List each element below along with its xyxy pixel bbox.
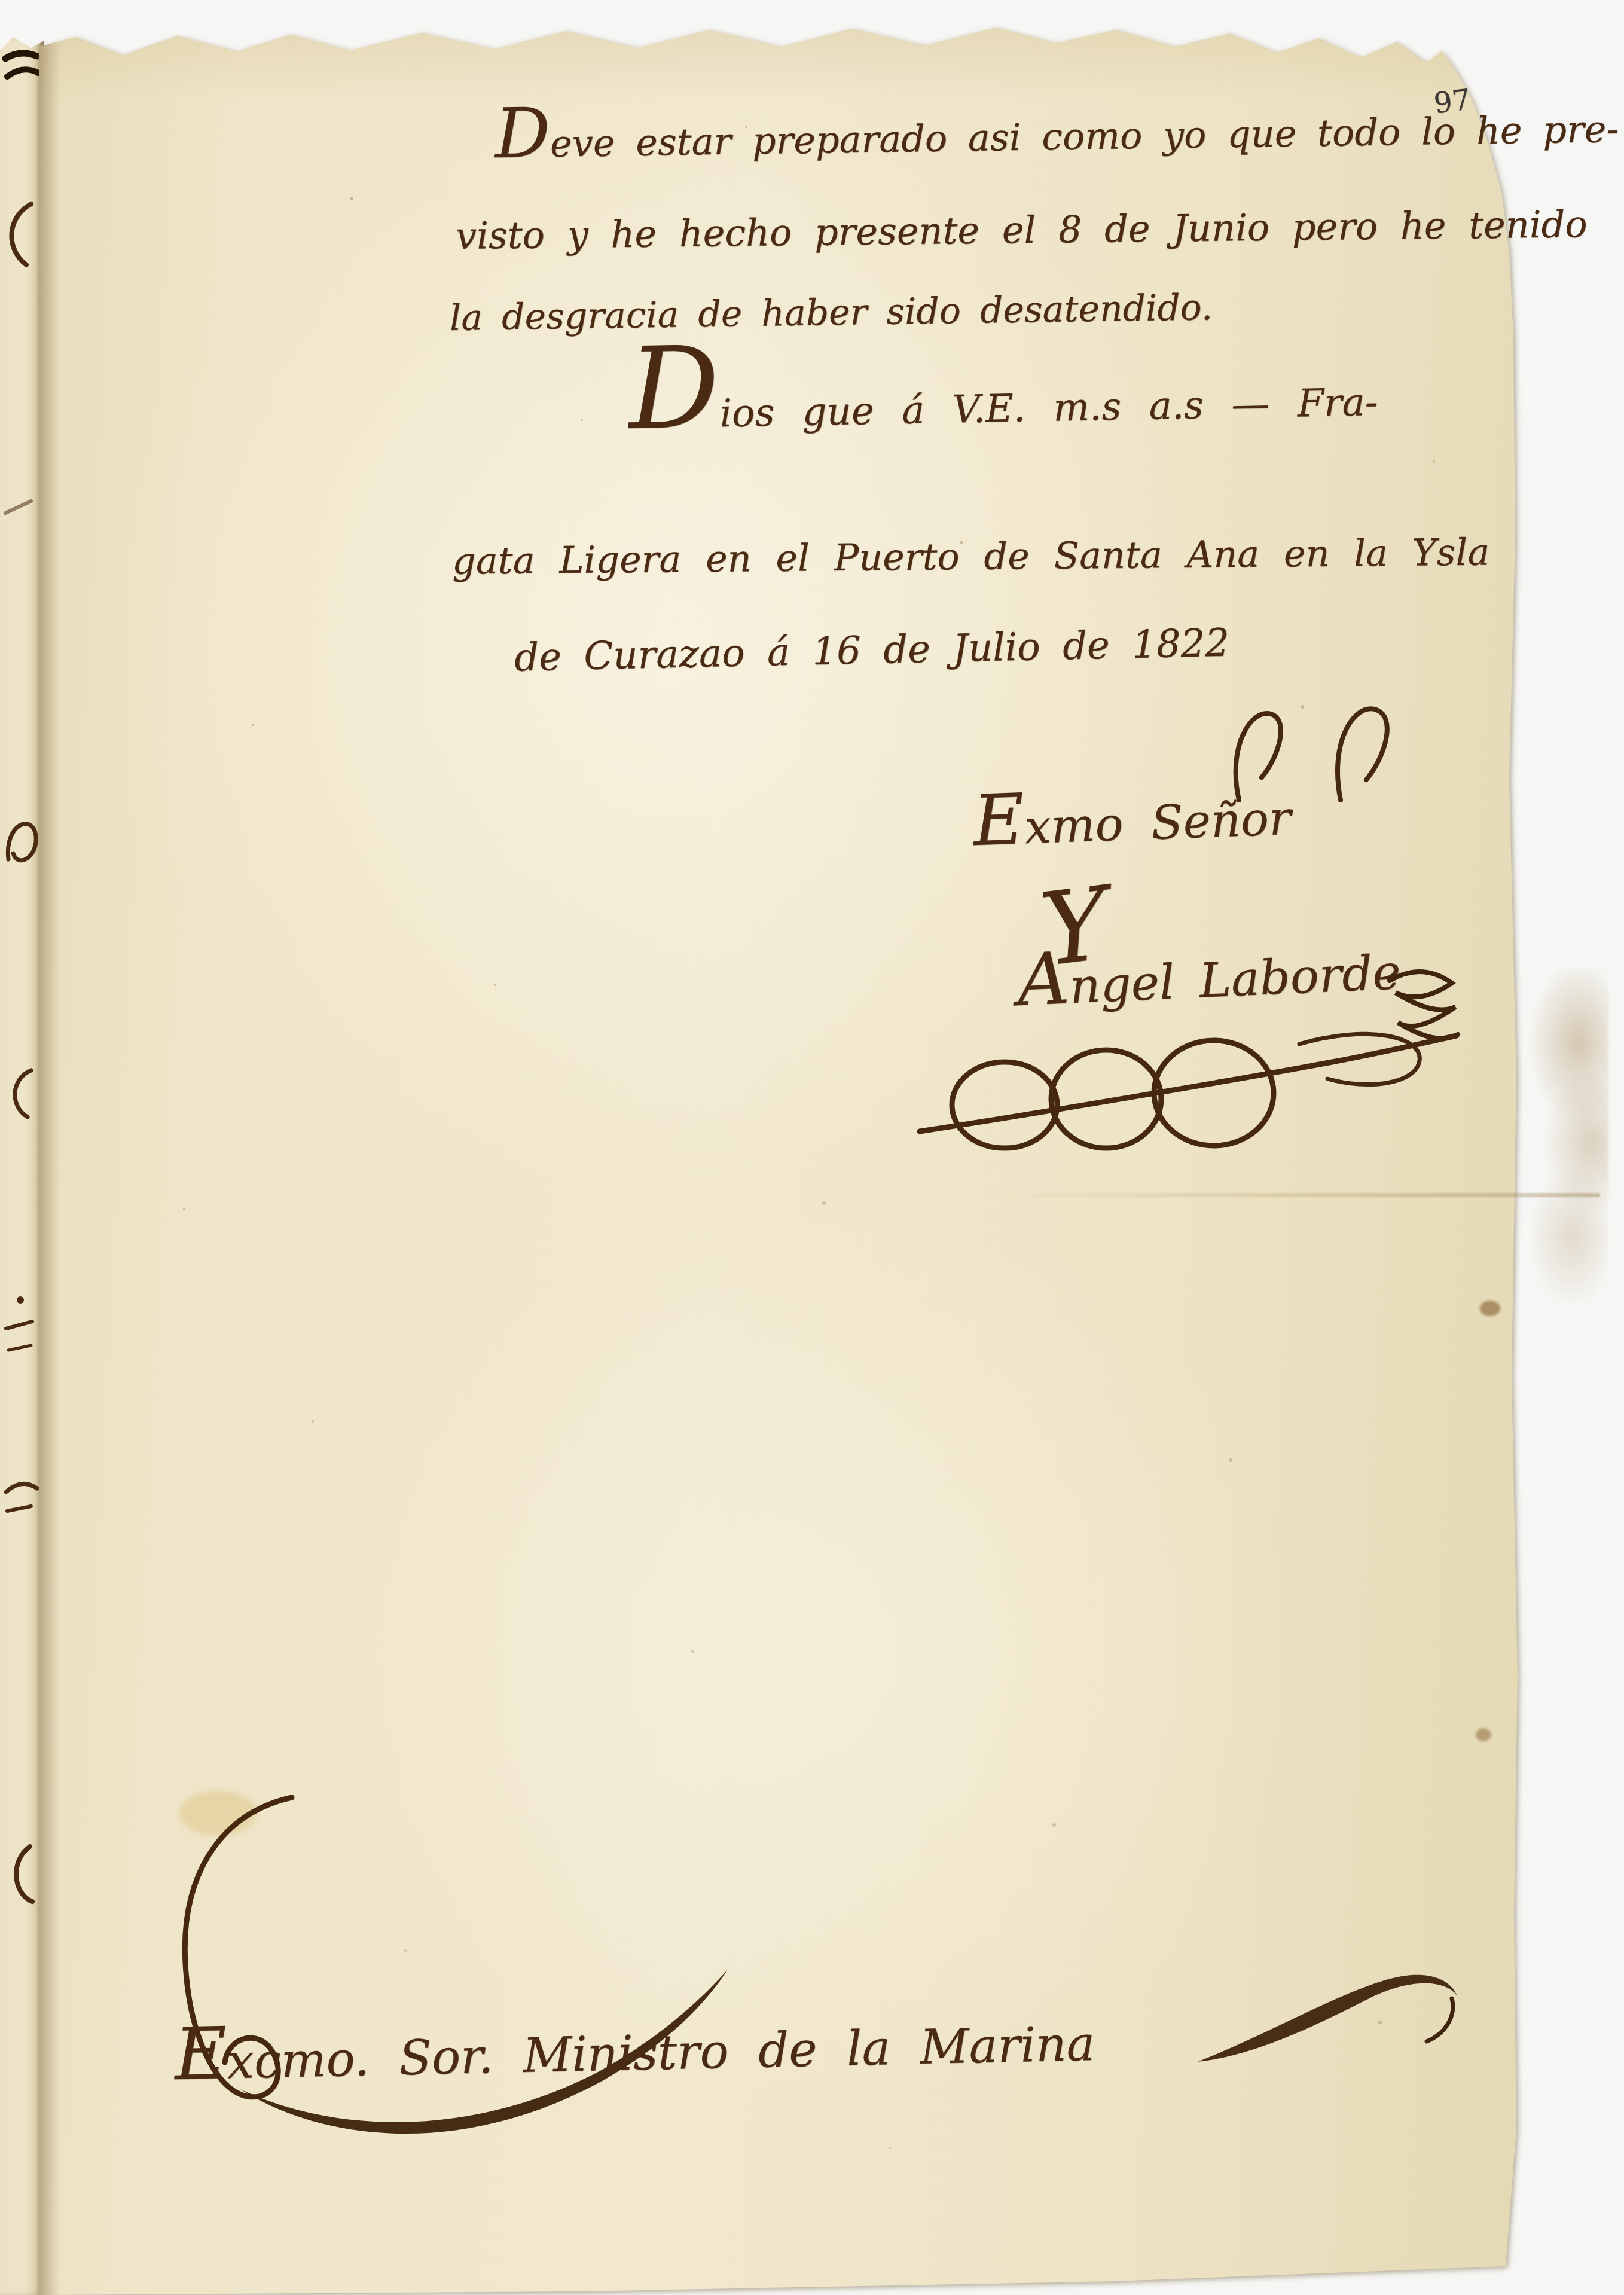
prev-page-ink-fragment	[1, 1474, 41, 1522]
prev-page-ink-fragment	[2, 1064, 38, 1124]
prev-page-ink-fragment	[2, 496, 38, 520]
signature-rubric-flourish	[914, 1018, 1476, 1167]
paper-stain	[1476, 1728, 1491, 1741]
prev-page-ink-fragment	[0, 200, 42, 269]
prev-page-ink-fragment	[1, 810, 43, 876]
prev-page-ink-fragment	[2, 48, 44, 96]
paper-stain	[1480, 1301, 1500, 1316]
prev-page-ink-fragment	[2, 1842, 41, 1911]
scanned-manuscript-letter: 97 Deve estar preparado asi como yo que …	[0, 0, 1624, 2295]
paper-wrinkle	[1489, 969, 1608, 1304]
addressee-trailing-swash	[1189, 1951, 1470, 2076]
prev-page-ink-fragment	[1, 1292, 39, 1357]
previous-page-edge-strip	[0, 37, 44, 2295]
paper-crease	[990, 1193, 1600, 1197]
salutation-exmo-senor: Exmo Señor	[973, 795, 1292, 854]
flourish-above-salutation	[1214, 698, 1441, 806]
letter-closing-line-2: gata Ligera en el Puerto de Santa Ana en…	[452, 532, 1490, 580]
